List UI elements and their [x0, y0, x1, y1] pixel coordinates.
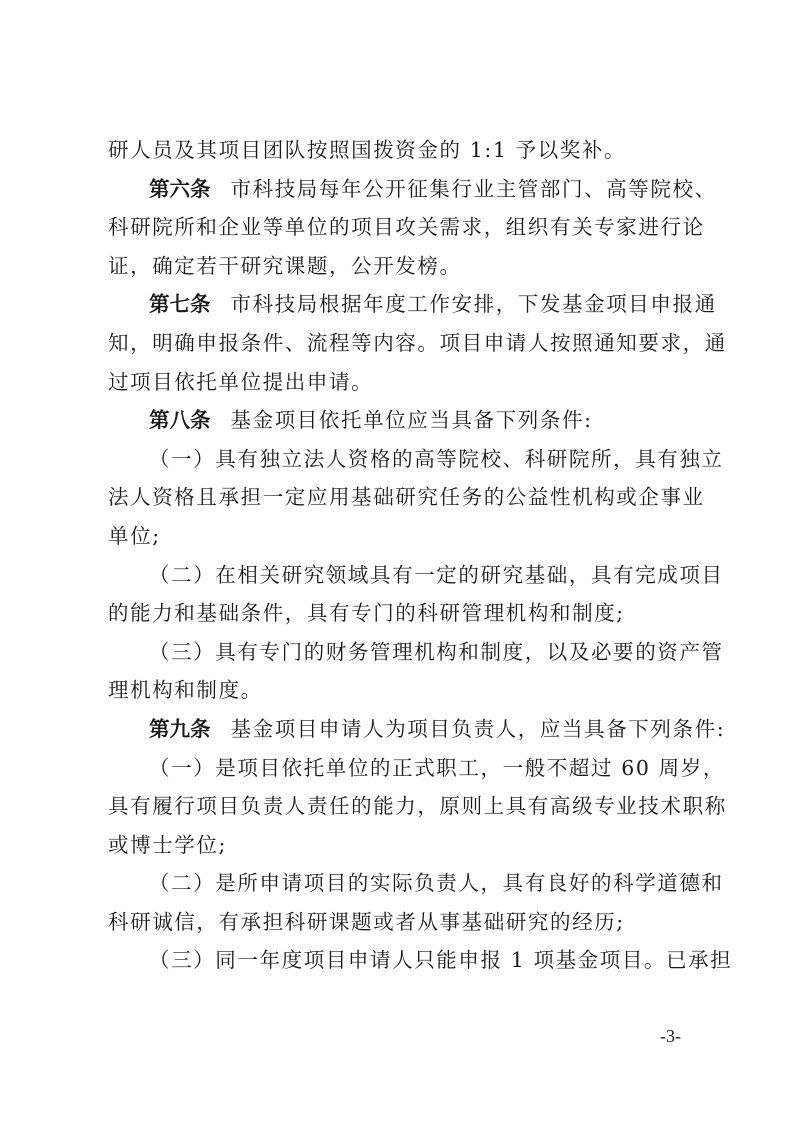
- line-text: 证，确定若干研究课题，公开发榜。: [108, 254, 462, 278]
- line-text: 过项目依托单位提出申请。: [108, 370, 373, 394]
- text-line: （三）同一年度项目申请人只能申报 1 项基金项目。已承担: [108, 941, 692, 980]
- body-text: 研人员及其项目团队按照国拨资金的 1:1 予以奖补。第六条市科技局每年公开征集行…: [108, 131, 692, 980]
- article-heading: 第九条: [149, 717, 211, 741]
- text-line: 第六条市科技局每年公开征集行业主管部门、高等院校、: [108, 170, 692, 209]
- article-heading: 第六条: [149, 177, 211, 201]
- line-text: 科研院所和企业等单位的项目攻关需求，组织有关专家进行论: [108, 215, 705, 239]
- text-line: 或博士学位;: [108, 826, 692, 865]
- line-text: 基金项目申请人为项目负责人，应当具备下列条件:: [231, 717, 726, 741]
- line-text: （一）是项目依托单位的正式职工，一般不超过 60 周岁，: [149, 756, 725, 780]
- line-text: （三）具有专门的财务管理机构和制度，以及必要的资产管: [149, 640, 724, 664]
- line-text: 或博士学位;: [108, 833, 227, 857]
- line-text: （三）同一年度项目申请人只能申报 1 项基金项目。已承担: [149, 948, 732, 972]
- text-line: 知，明确申报条件、流程等内容。项目申请人按照通知要求，通: [108, 324, 692, 363]
- line-text: 法人资格且承担一定应用基础研究任务的公益性机构或企事业: [108, 485, 705, 509]
- line-text: 基金项目依托单位应当具备下列条件:: [231, 408, 593, 432]
- article-heading: 第七条: [149, 292, 211, 316]
- line-text: 市科技局每年公开征集行业主管部门、高等院校、: [231, 177, 717, 201]
- text-line: 第八条基金项目依托单位应当具备下列条件:: [108, 401, 692, 440]
- line-text: （二）是所申请项目的实际负责人，具有良好的科学道德和: [149, 871, 724, 895]
- text-line: 理机构和制度。: [108, 671, 692, 710]
- text-line: （二）在相关研究领域具有一定的研究基础，具有完成项目: [108, 556, 692, 595]
- text-line: 证，确定若干研究课题，公开发榜。: [108, 247, 692, 286]
- line-text: 科研诚信，有承担科研课题或者从事基础研究的经历;: [108, 910, 625, 934]
- text-line: 法人资格且承担一定应用基础研究任务的公益性机构或企事业: [108, 478, 692, 517]
- document-page: 研人员及其项目团队按照国拨资金的 1:1 予以奖补。第六条市科技局每年公开征集行…: [0, 0, 793, 1122]
- line-text: 研人员及其项目团队按照国拨资金的 1:1 予以奖补。: [108, 138, 626, 162]
- text-line: 科研诚信，有承担科研课题或者从事基础研究的经历;: [108, 903, 692, 942]
- text-line: （三）具有专门的财务管理机构和制度，以及必要的资产管: [108, 633, 692, 672]
- text-line: 第九条基金项目申请人为项目负责人，应当具备下列条件:: [108, 710, 692, 749]
- text-line: 研人员及其项目团队按照国拨资金的 1:1 予以奖补。: [108, 131, 692, 170]
- line-text: 单位;: [108, 524, 161, 548]
- line-text: 理机构和制度。: [108, 678, 263, 702]
- text-line: 的能力和基础条件，具有专门的科研管理机构和制度;: [108, 594, 692, 633]
- line-text: 市科技局根据年度工作安排，下发基金项目申报通: [231, 292, 717, 316]
- line-text: 知，明确申报条件、流程等内容。项目申请人按照通知要求，通: [108, 331, 727, 355]
- text-line: （一）具有独立法人资格的高等院校、科研院所，具有独立: [108, 440, 692, 479]
- text-line: 第七条市科技局根据年度工作安排，下发基金项目申报通: [108, 285, 692, 324]
- text-line: 单位;: [108, 517, 692, 556]
- text-line: （一）是项目依托单位的正式职工，一般不超过 60 周岁，: [108, 749, 692, 788]
- article-heading: 第八条: [149, 408, 211, 432]
- line-text: （二）在相关研究领域具有一定的研究基础，具有完成项目: [149, 563, 724, 587]
- line-text: （一）具有独立法人资格的高等院校、科研院所，具有独立: [149, 447, 724, 471]
- text-line: 科研院所和企业等单位的项目攻关需求，组织有关专家进行论: [108, 208, 692, 247]
- text-line: 具有履行项目负责人责任的能力，原则上具有高级专业技术职称: [108, 787, 692, 826]
- line-text: 具有履行项目负责人责任的能力，原则上具有高级专业技术职称: [108, 794, 727, 818]
- text-line: （二）是所申请项目的实际负责人，具有良好的科学道德和: [108, 864, 692, 903]
- text-line: 过项目依托单位提出申请。: [108, 363, 692, 402]
- page-number: -3-: [660, 1026, 681, 1047]
- line-text: 的能力和基础条件，具有专门的科研管理机构和制度;: [108, 601, 625, 625]
